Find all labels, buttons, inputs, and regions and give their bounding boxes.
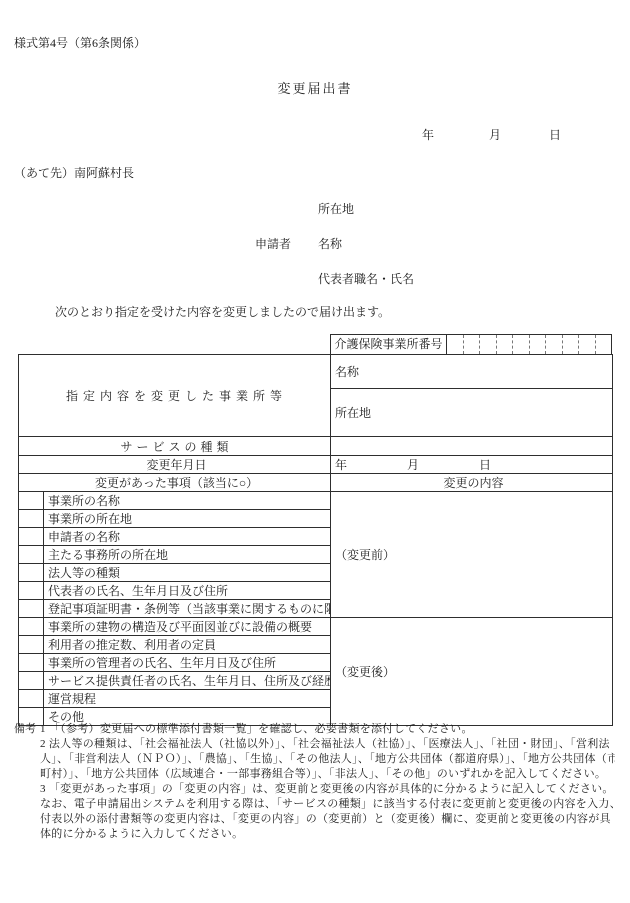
- item-label-cell: 代表者の氏名、生年月日及び住所: [44, 582, 331, 600]
- insurance-number-digit-cell: [496, 335, 513, 354]
- service-type-value-cell: [331, 437, 613, 456]
- item-checkbox-cell: [19, 672, 44, 690]
- item-label-cell: 事業所の所在地: [44, 510, 331, 528]
- change-date-value-cell: 年月日: [331, 456, 613, 474]
- notes-block: 1 「（参考）変更届への標準添付書類一覧」を確認し、必要書類を添付してください。…: [40, 722, 615, 842]
- item-checkbox-cell: [19, 690, 44, 708]
- office-group-cell: 指定内容を変更した事業所等: [19, 355, 331, 437]
- note-line: 体的に分かるように入力してください。: [40, 827, 615, 842]
- item-label-cell: 運営規程: [44, 690, 331, 708]
- item-label-cell: 申請者の名称: [44, 528, 331, 546]
- changed-items-header-cell: 変更があった事項（該当に○）: [19, 474, 331, 492]
- note-line: 3 「変更があった事項」の「変更の内容」は、変更前と変更後の内容が具体的に分かる…: [40, 782, 615, 797]
- office-address-cell: 所在地: [331, 389, 613, 437]
- note-line: 2 法人等の種類は、「社会福祉法人（社協以外）」、「社会福祉法人（社協）」、「医…: [40, 737, 615, 752]
- item-label-cell: 事業所の建物の構造及び平面図並びに設備の概要: [44, 618, 331, 636]
- date-line: 年月日: [422, 128, 561, 142]
- insurance-number-digit-cell: [447, 335, 463, 354]
- service-type-label-cell: サービスの種類: [19, 437, 331, 456]
- change-notification-table: 指定内容を変更した事業所等 名称 所在地 サービスの種類 変更年月日 年月日 変…: [18, 354, 613, 726]
- change-before-cell: （変更前）: [331, 492, 613, 618]
- item-checkbox-cell: [19, 654, 44, 672]
- note-line: なお、電子申請届出システムを利用する際は、「サービスの種類」に該当する付表に変更…: [40, 797, 615, 812]
- item-checkbox-cell: [19, 636, 44, 654]
- item-label-cell: 登記事項証明書・条例等（当該事業に関するものに限る。）: [44, 600, 331, 618]
- notes-label: 備考: [14, 722, 36, 737]
- item-label-cell: 事業所の管理者の氏名、生年月日及び住所: [44, 654, 331, 672]
- insurance-number-digit-cell: [595, 335, 612, 354]
- item-checkbox-cell: [19, 618, 44, 636]
- applicant-label: 申請者: [255, 237, 291, 251]
- office-name-cell: 名称: [331, 355, 613, 389]
- item-checkbox-cell: [19, 492, 44, 510]
- item-label-cell: サービス提供責任者の氏名、生年月日、住所及び経歴: [44, 672, 331, 690]
- item-label-cell: 事業所の名称: [44, 492, 331, 510]
- item-checkbox-cell: [19, 600, 44, 618]
- insurance-number-digit-cell: [529, 335, 546, 354]
- change-date-label-cell: 変更年月日: [19, 456, 331, 474]
- change-after-cell: （変更後）: [331, 618, 613, 726]
- insurance-number-label: 介護保険事業所番号: [330, 334, 447, 355]
- item-checkbox-cell: [19, 564, 44, 582]
- item-label-cell: 利用者の推定数、利用者の定員: [44, 636, 331, 654]
- change-date-day-label: 日: [479, 456, 491, 473]
- page-title: 変更届出書: [0, 82, 630, 96]
- note-line: 付表以外の添付書類等の変更内容は、「変更の内容」の（変更前）と（変更後）欄に、変…: [40, 812, 615, 827]
- addressee: （あて先）南阿蘇村長: [14, 166, 134, 180]
- item-checkbox-cell: [19, 528, 44, 546]
- insurance-number-digit-cell: [512, 335, 529, 354]
- insurance-number-digit-cell: [562, 335, 579, 354]
- insurance-number-digit-cell: [479, 335, 496, 354]
- change-date-year-label: 年: [335, 456, 407, 473]
- applicant-representative-label: 代表者職名・氏名: [318, 272, 414, 286]
- date-month-label: 月: [489, 128, 549, 142]
- item-checkbox-cell: [19, 510, 44, 528]
- change-content-header-cell: 変更の内容: [331, 474, 613, 492]
- item-checkbox-cell: [19, 582, 44, 600]
- item-checkbox-cell: [19, 546, 44, 564]
- item-label-cell: 主たる事務所の所在地: [44, 546, 331, 564]
- item-label-cell: 法人等の種類: [44, 564, 331, 582]
- applicant-name-label: 名称: [318, 237, 342, 251]
- insurance-number-digit-cell: [463, 335, 480, 354]
- note-line: 町村）」、「地方公共団体（広域連合・一部事務組合等）」、「非法人」、「その他」の…: [40, 767, 615, 782]
- insurance-number-boxes: [447, 334, 612, 355]
- applicant-address-label: 所在地: [318, 202, 354, 216]
- note-line: 人」、「非営利法人（ＮＰＯ）」、「農協」、「生協」、「その他法人」、「地方公共団…: [40, 752, 615, 767]
- form-number: 様式第4号（第6条関係）: [14, 36, 146, 50]
- insurance-number-row: 介護保険事業所番号: [330, 334, 612, 355]
- insurance-number-digit-cell: [578, 335, 595, 354]
- date-year-label: 年: [422, 128, 489, 142]
- document-page: 様式第4号（第6条関係） 変更届出書 年月日 （あて先）南阿蘇村長 申請者 所在…: [0, 0, 630, 903]
- change-date-month-label: 月: [407, 456, 479, 473]
- date-day-label: 日: [549, 128, 561, 142]
- insurance-number-digit-cell: [545, 335, 562, 354]
- intro-text: 次のとおり指定を受けた内容を変更しましたので届け出ます。: [55, 305, 390, 319]
- note-line: 1 「（参考）変更届への標準添付書類一覧」を確認し、必要書類を添付してください。: [40, 722, 615, 737]
